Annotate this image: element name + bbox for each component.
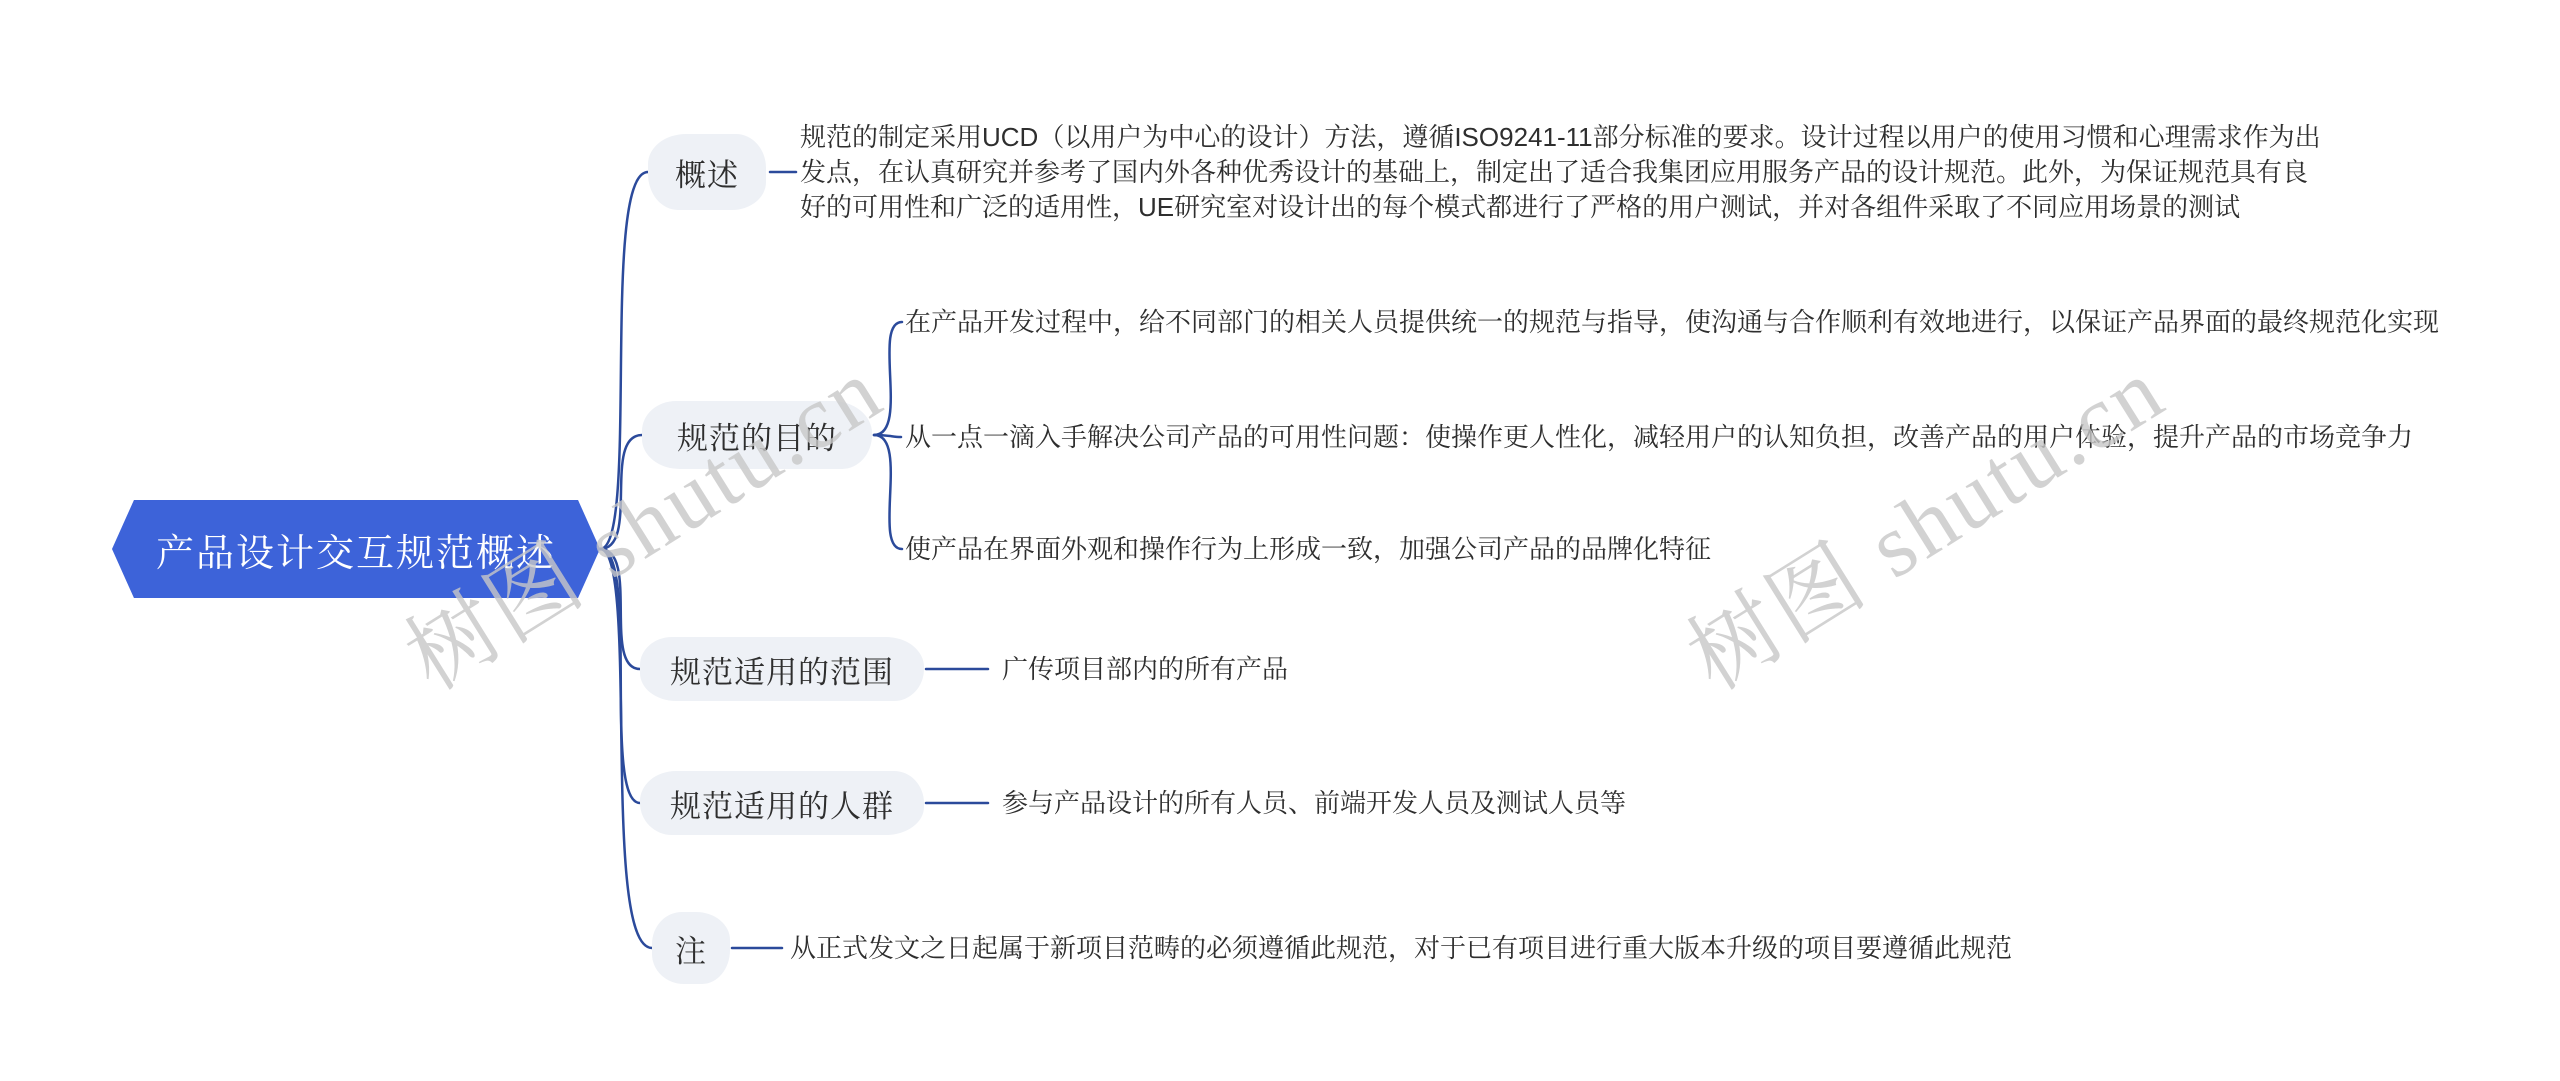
mindmap-canvas: 树图 shutu.cn 树图 shutu.cn 产品设计交互规范概述 概述 规范… <box>0 0 2560 1081</box>
branch-node-overview[interactable]: 概述 <box>648 134 766 210</box>
leaf-text-audience[interactable]: 参与产品设计的所有人员、前端开发人员及测试人员等 <box>1002 787 1626 819</box>
leaf-text-scope[interactable]: 广传项目部内的所有产品 <box>1002 653 1288 685</box>
connector-root-overview <box>600 172 648 549</box>
leaf-text-note[interactable]: 从正式发文之日起属于新项目范畴的必须遵循此规范，对于已有项目进行重大版本升级的项… <box>790 932 2012 964</box>
connector-purpose-child3 <box>874 435 902 549</box>
leaf-text-purpose-1[interactable]: 在产品开发过程中，给不同部门的相关人员提供统一的规范与指导，使沟通与合作顺利有效… <box>905 306 2439 338</box>
connector-root-purpose <box>600 435 642 549</box>
leaf-text-purpose-2[interactable]: 从一点一滴入手解决公司产品的可用性问题：使操作更人性化，减轻用户的认知负担，改善… <box>905 421 2413 453</box>
leaf-text-overview[interactable]: 规范的制定采用UCD（以用户为中心的设计）方法，遵循ISO9241-11部分标准… <box>800 120 2330 225</box>
branch-node-audience[interactable]: 规范适用的人群 <box>640 771 924 835</box>
branch-node-purpose[interactable]: 规范的目的 <box>642 401 872 469</box>
connector-root-note <box>600 549 652 948</box>
branch-node-scope[interactable]: 规范适用的范围 <box>640 637 924 701</box>
connector-purpose-child1 <box>874 322 902 435</box>
root-node[interactable]: 产品设计交互规范概述 <box>112 500 600 598</box>
leaf-text-purpose-3[interactable]: 使产品在界面外观和操作行为上形成一致，加强公司产品的品牌化特征 <box>905 533 1711 565</box>
branch-node-note[interactable]: 注 <box>652 912 730 984</box>
